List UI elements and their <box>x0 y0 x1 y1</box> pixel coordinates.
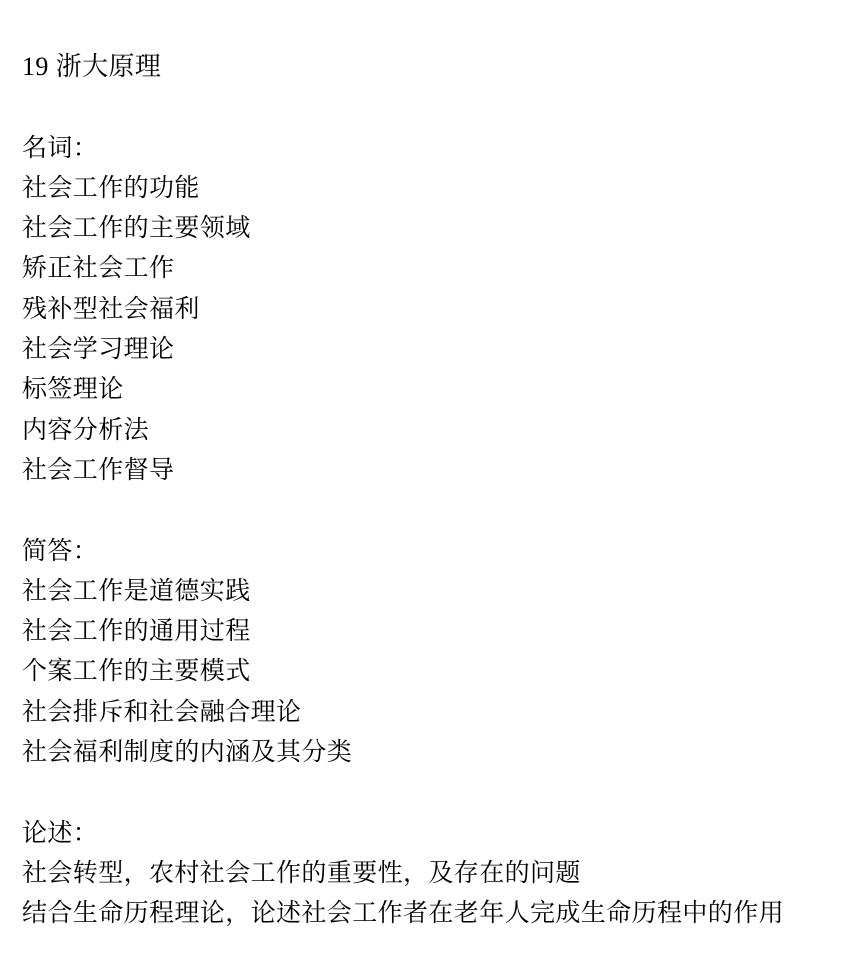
list-item: 社会转型，农村社会工作的重要性，及存在的问题 <box>22 853 851 893</box>
blank-line <box>22 87 851 127</box>
section-heading: 简答： <box>22 531 851 571</box>
list-item: 内容分析法 <box>22 410 851 450</box>
list-item: 标签理论 <box>22 369 851 409</box>
list-item: 社会排斥和社会融合理论 <box>22 692 851 732</box>
document-title: 19 浙大原理 <box>22 47 851 87</box>
blank-line <box>22 772 851 812</box>
list-item: 个案工作的主要模式 <box>22 651 851 691</box>
list-item: 社会工作的通用过程 <box>22 611 851 651</box>
section-heading: 论述： <box>22 813 851 853</box>
section-short-answer: 简答： 社会工作是道德实践 社会工作的通用过程 个案工作的主要模式 社会排斥和社… <box>22 531 851 773</box>
list-item: 社会工作的主要领域 <box>22 208 851 248</box>
list-item: 矫正社会工作 <box>22 248 851 288</box>
list-item: 社会工作的功能 <box>22 168 851 208</box>
list-item: 残补型社会福利 <box>22 289 851 329</box>
section-heading: 名词： <box>22 128 851 168</box>
list-item: 社会工作督导 <box>22 450 851 490</box>
document-body: 19 浙大原理 名词： 社会工作的功能 社会工作的主要领域 矫正社会工作 残补型… <box>22 47 851 934</box>
list-item: 社会工作是道德实践 <box>22 571 851 611</box>
list-item: 社会学习理论 <box>22 329 851 369</box>
section-essay: 论述： 社会转型，农村社会工作的重要性，及存在的问题 结合生命历程理论，论述社会… <box>22 813 851 934</box>
list-item: 结合生命历程理论，论述社会工作者在老年人完成生命历程中的作用 <box>22 893 851 933</box>
blank-line <box>22 490 851 530</box>
list-item: 社会福利制度的内涵及其分类 <box>22 732 851 772</box>
section-terms: 名词： 社会工作的功能 社会工作的主要领域 矫正社会工作 残补型社会福利 社会学… <box>22 128 851 491</box>
